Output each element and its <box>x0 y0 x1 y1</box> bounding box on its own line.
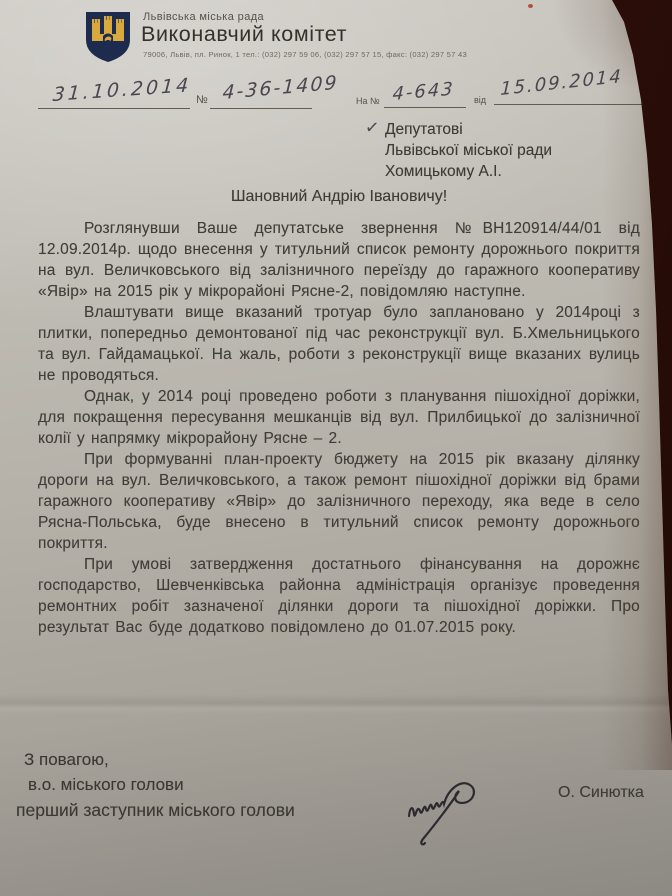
paper-corner-shadow <box>502 0 672 150</box>
paper-fold-crease <box>0 694 672 714</box>
signer-name: О. Синютка <box>558 784 644 802</box>
checkmark-mark: ✓ <box>364 117 380 138</box>
incoming-number-label: На № <box>356 96 380 106</box>
signer-position-line2: перший заступник міського голови <box>16 800 295 821</box>
outgoing-date-handwritten: 31.10.2014 <box>52 74 192 106</box>
letterhead-contact-line: 79006, Львів, пл. Ринок, 1 тел.: (032) 2… <box>143 50 467 59</box>
incoming-number-line <box>384 107 466 108</box>
outgoing-number-handwritten: 4-36-1409 <box>222 72 339 104</box>
addressee-name: Хомицькому А.І. <box>385 161 552 182</box>
letter-paper: Львівська міська рада Виконавчий комітет… <box>0 0 672 896</box>
paragraph-2: Влаштувати вище вказаний тротуар було за… <box>38 302 640 386</box>
incoming-date-label: від <box>474 95 486 105</box>
paragraph-5: При умові затвердження достатнього фінан… <box>38 554 640 638</box>
paragraph-3: Однак, у 2014 році проведено роботи з пл… <box>38 386 640 449</box>
handwritten-signature <box>403 772 515 868</box>
paragraph-1: Розглянувши Ваше депутатське звернення №… <box>38 218 640 302</box>
lviv-coat-of-arms-icon <box>84 10 132 64</box>
document-photo: Львівська міська рада Виконавчий комітет… <box>0 0 672 896</box>
number-label: № <box>196 94 208 106</box>
signer-position-line1: в.о. міського голови <box>28 775 184 795</box>
outgoing-number-line <box>210 108 312 109</box>
outgoing-date-line <box>38 108 190 109</box>
closing-phrase: З повагою, <box>24 750 109 770</box>
paragraph-4: При формуванні план-проекту бюджету на 2… <box>38 449 640 554</box>
organization-name: Виконавчий комітет <box>141 22 347 47</box>
salutation: Шановний Андрію Івановичу! <box>38 188 640 206</box>
letter-body: Розглянувши Ваше депутатське звернення №… <box>38 218 640 638</box>
incoming-number-handwritten: 4-643 <box>392 78 455 105</box>
